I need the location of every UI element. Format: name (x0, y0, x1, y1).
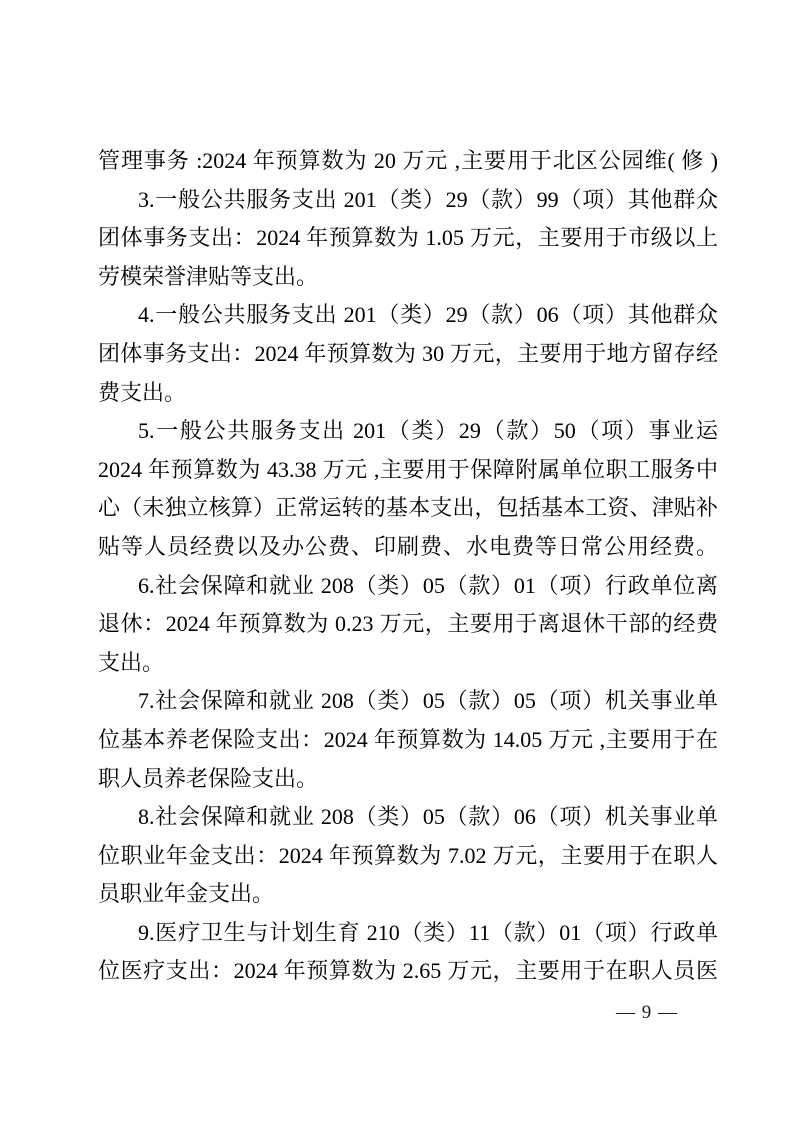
document-page: 管理事务 :2024 年预算数为 20 万元 ,主要用于北区公园维( 修 )护。… (0, 0, 793, 1122)
text-line: 员职业年金支出。 (98, 875, 718, 914)
text-line: 管理事务 :2024 年预算数为 20 万元 ,主要用于北区公园维( 修 )护。 (98, 142, 718, 181)
document-text: 管理事务 :2024 年预算数为 20 万元 ,主要用于北区公园维( 修 )护。… (98, 142, 718, 991)
text-line: 2024 年预算数为 43.38 万元 ,主要用于保障附属单位职工服务中 (98, 451, 718, 490)
text-line: 3.一般公共服务支出 201（类）29（款）99（项）其他群众 (98, 181, 718, 220)
text-line: 位基本养老保险支出：2024 年预算数为 14.05 万元 ,主要用于在 (98, 721, 718, 760)
text-line: 位医疗支出：2024 年预算数为 2.65 万元，主要用于在职人员医 (98, 952, 718, 991)
text-line: 6.社会保障和就业 208（类）05（款）01（项）行政单位离 (98, 567, 718, 606)
page-number: — 9 — (616, 1000, 706, 1026)
text-line: 5.一般公共服务支出 201（类）29（款）50（项）事业运行： (98, 412, 718, 451)
text-line: 支出。 (98, 644, 718, 683)
text-line: 退休：2024 年预算数为 0.23 万元，主要用于离退休干部的经费 (98, 605, 718, 644)
text-line: 贴等人员经费以及办公费、印刷费、水电费等日常公用经费。 (98, 528, 718, 567)
text-line: 团体事务支出：2024 年预算数为 1.05 万元，主要用于市级以上 (98, 219, 718, 258)
text-line: 8.社会保障和就业 208（类）05（款）06（项）机关事业单 (98, 798, 718, 837)
text-line: 7.社会保障和就业 208（类）05（款）05（项）机关事业单 (98, 682, 718, 721)
text-line: 4.一般公共服务支出 201（类）29（款）06（项）其他群众 (98, 296, 718, 335)
text-line: 费支出。 (98, 374, 718, 413)
text-line: 劳模荣誉津贴等支出。 (98, 258, 718, 297)
text-line: 团体事务支出：2024 年预算数为 30 万元，主要用于地方留存经 (98, 335, 718, 374)
text-line: 心（未独立核算）正常运转的基本支出，包括基本工资、津贴补 (98, 489, 718, 528)
text-line: 位职业年金支出：2024 年预算数为 7.02 万元，主要用于在职人 (98, 837, 718, 876)
text-line: 9.医疗卫生与计划生育 210（类）11（款）01（项）行政单 (98, 914, 718, 953)
text-line: 职人员养老保险支出。 (98, 760, 718, 799)
